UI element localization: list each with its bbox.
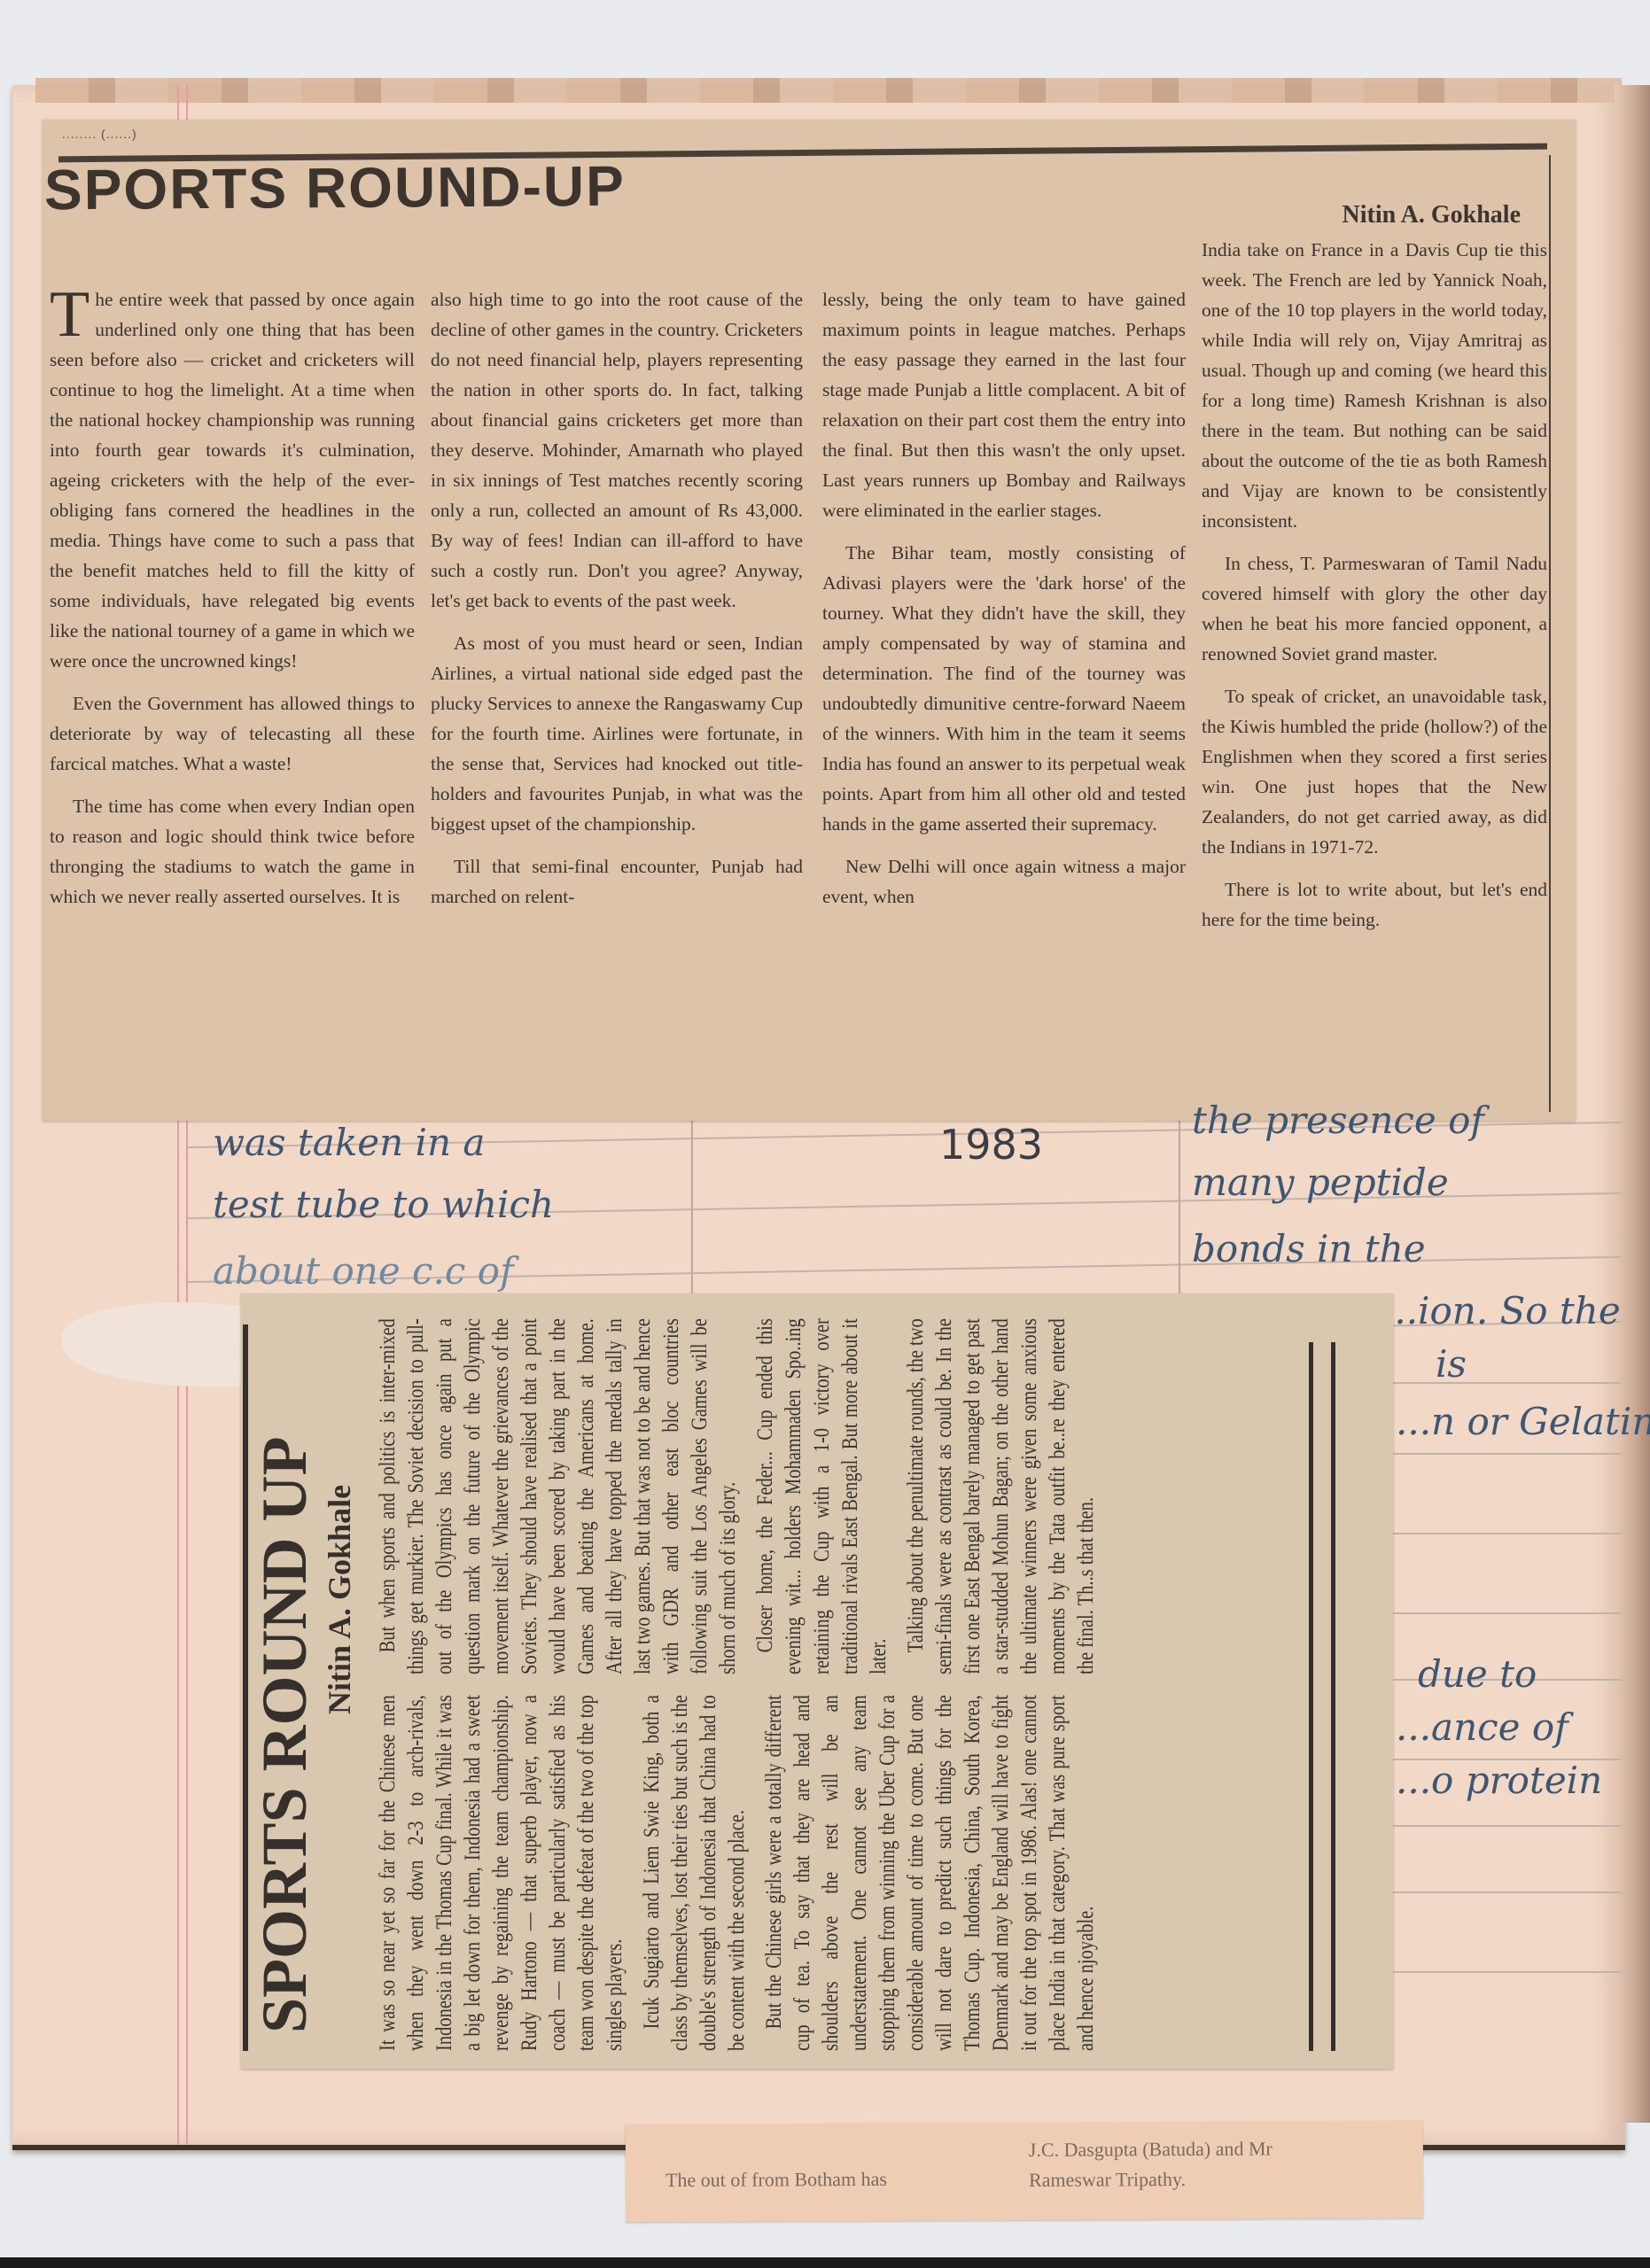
paragraph: India take on France in a Davis Cup tie … bbox=[1202, 235, 1547, 536]
paragraph: The entire week that passed by once agai… bbox=[50, 284, 415, 676]
paragraph: In chess, T. Parmeswaran of Tamil Nadu c… bbox=[1202, 548, 1547, 669]
ruled-line bbox=[1382, 1453, 1622, 1455]
paragraph: Talking about the penultimate rounds, th… bbox=[902, 1318, 1101, 1674]
article-byline: Nitin A. Gokhale bbox=[1343, 201, 1521, 229]
paragraph: As most of you must heard or seen, India… bbox=[431, 628, 803, 839]
end-rule bbox=[1331, 1342, 1335, 2051]
header-fragment: ........ (......) bbox=[62, 127, 137, 141]
ruled-line bbox=[1382, 1891, 1622, 1893]
handwritten-line: about one c.c of bbox=[213, 1249, 514, 1293]
article-column-4: India take on France in a Davis Cup tie … bbox=[1202, 235, 1547, 947]
handwritten-line: ...n or Gelatine bbox=[1396, 1400, 1650, 1443]
ruled-line bbox=[1382, 1825, 1622, 1827]
paragraph: Till that semi-final encounter, Punjab h… bbox=[431, 851, 803, 912]
column-border bbox=[1549, 155, 1551, 1112]
newspaper-clipping-rotated: SPORTS ROUND UP Nitin A. Gokhale It was … bbox=[241, 1293, 1393, 2069]
handwritten-line: was taken in a bbox=[213, 1121, 485, 1164]
paragraph: lessly, being the only team to have gain… bbox=[822, 284, 1186, 525]
footer-line: J.C. Dasgupta (Batuda) and Mr bbox=[1029, 2134, 1273, 2165]
paragraph: also high time to go into the root cause… bbox=[431, 284, 803, 616]
ruled-line bbox=[1382, 1533, 1622, 1534]
page-stack-edge bbox=[1615, 85, 1650, 2123]
paragraph: Icuk Sugiarto and Liem Swie King, both a… bbox=[638, 1695, 751, 2051]
ruled-line bbox=[1382, 1612, 1622, 1614]
drop-cap: T bbox=[50, 288, 90, 341]
footer-text-right: J.C. Dasgupta (Batuda) and Mr Rameswar T… bbox=[1029, 2134, 1273, 2195]
rotated-content: SPORTS ROUND UP Nitin A. Gokhale It was … bbox=[241, 1293, 1393, 2069]
paragraph: The time has come when every Indian open… bbox=[50, 791, 415, 912]
handwritten-line: test tube to which bbox=[213, 1183, 554, 1226]
ruled-line bbox=[1382, 1971, 1622, 1973]
end-rule bbox=[1309, 1342, 1313, 2051]
handwritten-line: ...ion. So the bbox=[1382, 1289, 1621, 1332]
column-rule bbox=[1179, 1121, 1180, 1298]
article-title: SPORTS ROUND-UP bbox=[44, 153, 626, 223]
handwritten-line: ...o protein bbox=[1396, 1759, 1602, 1802]
article-byline: Nitin A. Gokhale bbox=[321, 1485, 358, 1714]
paragraph: The Bihar team, mostly consisting of Adi… bbox=[822, 538, 1186, 839]
article-title: SPORTS ROUND UP bbox=[248, 1436, 322, 2033]
footer-line: Rameswar Tripathy. bbox=[1029, 2164, 1273, 2195]
article-column-2: also high time to go into the root cause… bbox=[431, 284, 803, 924]
article-column-3: lessly, being the only team to have gain… bbox=[822, 284, 1186, 924]
paragraph: There is lot to write about, but let's e… bbox=[1202, 874, 1547, 935]
newspaper-clipping-top: ........ (......) SPORTS ROUND-UP Nitin … bbox=[43, 120, 1576, 1121]
torn-page-edge bbox=[35, 78, 1622, 103]
handwritten-year: 1983 bbox=[939, 1121, 1043, 1169]
handwritten-line: bonds in the bbox=[1192, 1227, 1426, 1270]
paragraph: Closer home, the Feder... Cup ended this… bbox=[751, 1318, 893, 1674]
ruled-line bbox=[1382, 1382, 1622, 1384]
handwritten-line: many peptide bbox=[1192, 1161, 1449, 1204]
footer-clipping: The out of from Botham has J.C. Dasgupta… bbox=[626, 2121, 1424, 2223]
handwritten-line: is bbox=[1436, 1342, 1467, 1386]
paragraph: New Delhi will once again witness a majo… bbox=[822, 851, 1186, 912]
scanner-edge bbox=[0, 2257, 1650, 2268]
handwritten-line: ...ance of bbox=[1396, 1705, 1568, 1749]
paragraph: To speak of cricket, an unavoidable task… bbox=[1202, 681, 1547, 862]
paragraph: Even the Government has allowed things t… bbox=[50, 688, 415, 779]
handwritten-line: due to bbox=[1418, 1652, 1537, 1696]
handwritten-line: the presence of bbox=[1192, 1099, 1484, 1142]
article-column-1: It was so near yet so far for the Chines… bbox=[374, 1695, 1109, 2051]
article-column-1: The entire week that passed by once agai… bbox=[50, 284, 415, 924]
paragraph: But when sports and politics is inter-mi… bbox=[374, 1318, 743, 1674]
column-rule bbox=[691, 1121, 693, 1298]
paragraph: It was so near yet so far for the Chines… bbox=[374, 1695, 629, 2051]
footer-text-left: The out of from Botham has bbox=[665, 2168, 887, 2192]
article-column-2: But when sports and politics is inter-mi… bbox=[374, 1318, 1109, 1674]
paragraph: But the Chinese girls were a totally dif… bbox=[760, 1695, 1101, 2051]
